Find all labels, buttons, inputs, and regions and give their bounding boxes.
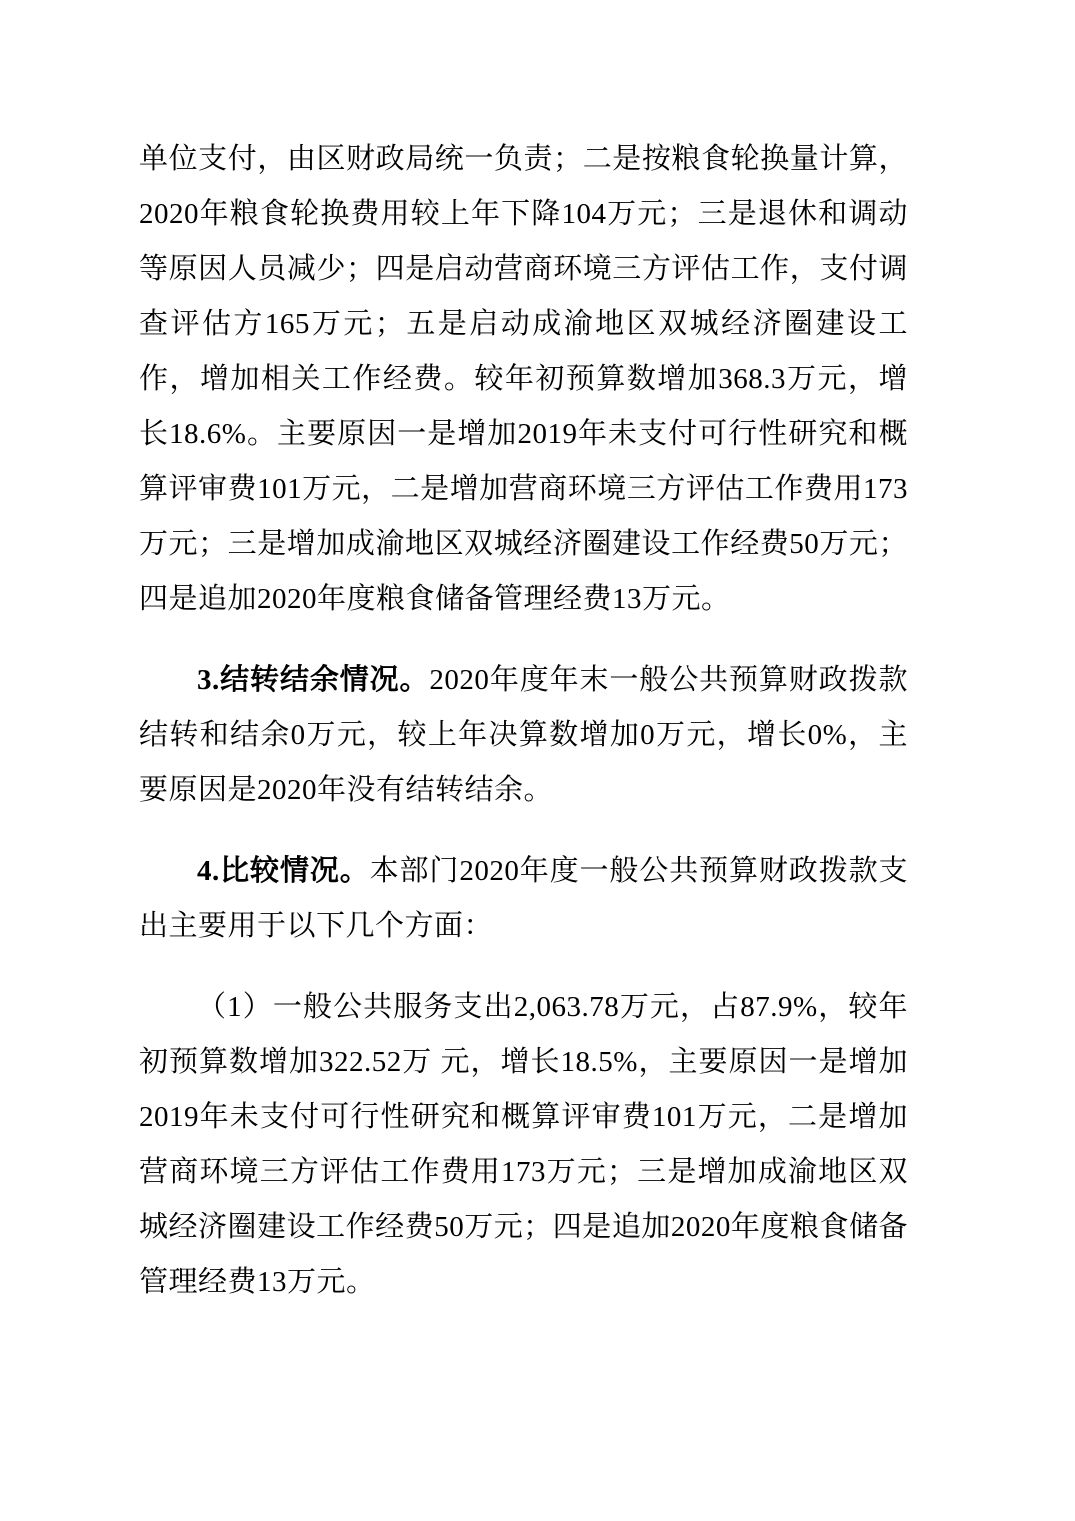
paragraph-continuation: 单位支付，由区财政局统一负责；二是按粮食轮换量计算，2020年粮食轮换费用较上年… <box>139 132 908 627</box>
document-page: 单位支付，由区财政局统一负责；二是按粮食轮换量计算，2020年粮食轮换费用较上年… <box>0 0 1075 1521</box>
section-3-heading: 3.结转结余情况。 <box>197 664 429 696</box>
paragraph-section-4: 4.比较情况。本部门2020年度一般公共预算财政拨款支出主要用于以下几个方面： <box>139 844 908 954</box>
paragraph-section-3: 3.结转结余情况。2020年度年末一般公共预算财政拨款结转和结余0万元，较上年决… <box>139 653 908 818</box>
paragraph-text: （1）一般公共服务支出2,063.78万元，占87.9%，较年初预算数增加322… <box>139 991 908 1298</box>
paragraph-text: 单位支付，由区财政局统一负责；二是按粮食轮换量计算，2020年粮食轮换费用较上年… <box>139 143 908 615</box>
paragraph-item-1: （1）一般公共服务支出2,063.78万元，占87.9%，较年初预算数增加322… <box>139 980 908 1310</box>
section-4-heading: 4.比较情况。 <box>197 855 370 887</box>
